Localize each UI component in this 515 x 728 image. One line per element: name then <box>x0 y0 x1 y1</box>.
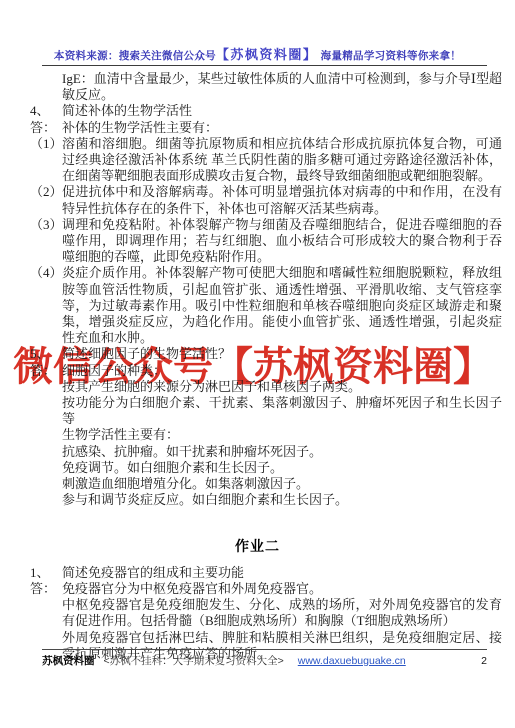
paragraph-label: 答： <box>30 120 56 136</box>
paragraph-text: 抗感染、抗肿瘤。如干扰素和肿瘤坏死因子。 <box>62 444 322 459</box>
paragraph: IgE：血清中含量最少，某些过敏性体质的人血清中可检测到，参与介导Ⅰ型超敏反应。 <box>0 71 515 103</box>
paragraph: 中枢免疫器官是免疫细胞发生、分化、成熟的场所，对外周免疫器官的发育有促进作用。包… <box>0 597 515 629</box>
paragraph-text: 简述补体的生物学活性 <box>62 103 192 118</box>
header-suffix: 海量精品学习资料等你来拿！ <box>317 50 461 62</box>
paragraph-label: （1） <box>30 136 63 152</box>
paragraph: 按其产生细胞的来源分为淋巴因子和单核因子两类。 <box>0 379 515 395</box>
paragraph: （2） 促进抗体中和及溶解病毒。补体可明显增强抗体对病毒的中和作用，在没有特异性… <box>0 184 515 216</box>
paragraph: （1） 溶菌和溶细胞。细菌等抗原物质和相应抗体结合形成抗原抗体复合物，可通过经典… <box>0 136 515 185</box>
paragraph-text: 刺激造血细胞增殖分化。如集落刺激因子。 <box>62 476 309 491</box>
paragraph-text: 生物学活性主要有： <box>62 427 179 442</box>
paragraph-text: 溶菌和溶细胞。细菌等抗原物质和相应抗体结合形成抗原抗体复合物，可通过经典途径激活… <box>62 136 502 183</box>
paragraph: 生物学活性主要有： <box>0 427 515 443</box>
paragraph-text: 细胞因子的种类： <box>62 363 166 378</box>
header-brand: 【苏枫资料圈】 <box>216 47 318 62</box>
paragraph-text: 补体的生物学活性主要有： <box>62 120 218 135</box>
paragraph: 答： 免疫器官分为中枢免疫器官和外周免疫器官。 <box>0 581 515 597</box>
paragraph-text: 免疫器官分为中枢免疫器官和外周免疫器官。 <box>62 581 322 596</box>
paragraph-text: 参与和调节炎症反应。如白细胞介素和生长因子。 <box>62 492 348 507</box>
page-number: 2 <box>481 655 487 667</box>
paragraph-text: 简述免疫器官的组成和主要功能 <box>62 565 244 580</box>
paragraph-text: 免疫调节。如白细胞介素和生长因子。 <box>62 460 283 475</box>
paragraph: 参与和调节炎症反应。如白细胞介素和生长因子。 <box>0 492 515 508</box>
paragraph-label: 1、 <box>30 565 50 581</box>
document-body: IgE：血清中含量最少，某些过敏性体质的人血清中可检测到，参与介导Ⅰ型超敏反应。… <box>0 71 515 662</box>
header-banner: 本资料来源：搜索关注微信公众号【苏枫资料圈】 海量精品学习资料等你来拿！ <box>0 44 515 63</box>
paragraph-text: IgE：血清中含量最少，某些过敏性体质的人血清中可检测到，参与介导Ⅰ型超敏反应。 <box>62 71 502 102</box>
footer-subtitle: <苏枫不挂科：大学期末复习资料大全> <box>104 653 284 668</box>
paragraph-label: （2） <box>30 184 63 200</box>
paragraph-text: 调理和免疫粘附。补体裂解产物与细菌及吞噬细胞结合，促进吞噬细胞的吞噬作用，即调理… <box>62 217 502 264</box>
paragraph-text: 简述细胞因子的生物学活性？ <box>62 346 231 361</box>
paragraph-label: （3） <box>30 217 63 233</box>
header-prefix: 本资料来源：搜索关注微信公众号 <box>54 50 216 62</box>
paragraph: 抗感染、抗肿瘤。如干扰素和肿瘤坏死因子。 <box>0 444 515 460</box>
paragraph: 刺激造血细胞增殖分化。如集落刺激因子。 <box>0 476 515 492</box>
paragraph: （4） 炎症介质作用。补体裂解产物可使肥大细胞和嗜碱性粒细胞脱颗粒，释放组胺等血… <box>0 265 515 346</box>
section-heading-assignment2: 作业二 <box>0 538 515 554</box>
footer-brand: 苏枫资料圈 <box>42 653 95 668</box>
paragraph-text: 按功能分为白细胞介素、干扰素、集落刺激因子、肿瘤坏死因子和生长因子等 <box>62 395 502 426</box>
paragraph-label: 4、 <box>30 103 50 119</box>
paragraph-text: 促进抗体中和及溶解病毒。补体可明显增强抗体对病毒的中和作用，在没有特异性抗体存在… <box>62 184 502 215</box>
header-rule <box>42 65 487 66</box>
document-page: 微信公众号【苏枫资料圈】 本资料来源：搜索关注微信公众号【苏枫资料圈】 海量精品… <box>0 0 515 728</box>
paragraph-text: 炎症介质作用。补体裂解产物可使肥大细胞和嗜碱性粒细胞脱颗粒，释放组胺等血管活性物… <box>62 265 502 345</box>
paragraph: 1、 简述免疫器官的组成和主要功能 <box>0 565 515 581</box>
paragraph-label: 答： <box>30 363 56 379</box>
footer: 苏枫资料圈 <苏枫不挂科：大学期末复习资料大全> www.daxuebuguak… <box>42 649 487 668</box>
paragraph: （3） 调理和免疫粘附。补体裂解产物与细菌及吞噬细胞结合，促进吞噬细胞的吞噬作用… <box>0 217 515 266</box>
paragraph-text: 中枢免疫器官是免疫细胞发生、分化、成熟的场所，对外周免疫器官的发育有促进作用。包… <box>62 597 502 628</box>
paragraph: 按功能分为白细胞介素、干扰素、集落刺激因子、肿瘤坏死因子和生长因子等 <box>0 395 515 427</box>
paragraph-label: 5、 <box>30 346 50 362</box>
paragraph: 免疫调节。如白细胞介素和生长因子。 <box>0 460 515 476</box>
paragraph: 答： 补体的生物学活性主要有： <box>0 120 515 136</box>
paragraph-text: 按其产生细胞的来源分为淋巴因子和单核因子两类。 <box>62 379 361 394</box>
paragraph: 答： 细胞因子的种类： <box>0 363 515 379</box>
paragraph-label: （4） <box>30 265 63 281</box>
footer-link[interactable]: www.daxuebuguake.cn <box>298 655 406 667</box>
paragraph: 4、 简述补体的生物学活性 <box>0 103 515 119</box>
paragraph: 5、 简述细胞因子的生物学活性？ <box>0 346 515 362</box>
assignment2-paragraphs: 1、 简述免疫器官的组成和主要功能 答： 免疫器官分为中枢免疫器官和外周免疫器官… <box>0 565 515 662</box>
assignment1-paragraphs: IgE：血清中含量最少，某些过敏性体质的人血清中可检测到，参与介导Ⅰ型超敏反应。… <box>0 71 515 508</box>
paragraph-label: 答： <box>30 581 56 597</box>
